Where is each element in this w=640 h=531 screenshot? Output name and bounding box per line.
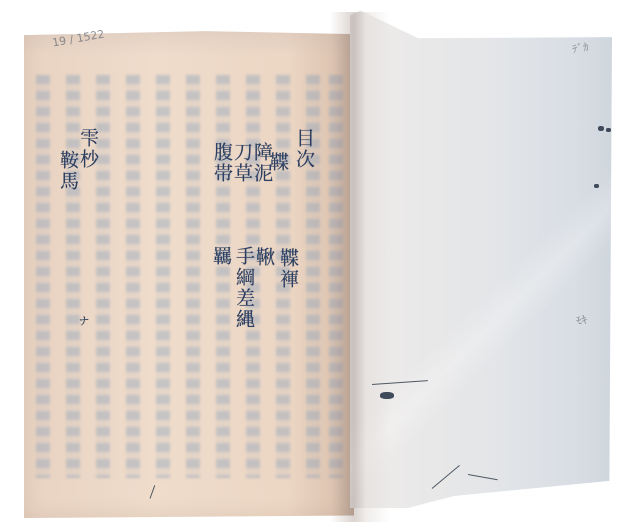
toc-heading: 目次 (294, 128, 313, 170)
bleed-through-column (329, 75, 343, 478)
pencil-mark: ﾃﾞｶ (571, 39, 590, 58)
ink-stain (380, 392, 394, 399)
ink-stain (594, 184, 599, 188)
toc-entry: 腹帯 (212, 142, 231, 184)
ink-stain (606, 128, 611, 132)
bleed-through-column (126, 75, 140, 478)
side-entry: 雫杪 (78, 128, 97, 170)
toc-entry: 羈 (211, 246, 230, 267)
toc-entry: 鞢褌 (278, 248, 297, 290)
toc-entry: 障泥 (252, 142, 271, 184)
bleed-through-column (36, 75, 50, 478)
bleed-through-column (186, 75, 200, 478)
side-entry: 鞍馬 (58, 150, 77, 192)
toc-entry: 刀草 (232, 142, 251, 184)
bleed-through-column (216, 75, 230, 478)
toc-entry: 鞦 (254, 247, 273, 268)
left-page (24, 15, 354, 518)
small-mark: ナ (78, 315, 89, 328)
manuscript-photo: 19 / 1522 ﾃﾞｶ ﾓｷ 目次 鞢 障泥 刀草 腹帯 鞢褌 鞦 手綱差縄… (0, 0, 640, 531)
right-page (350, 8, 612, 511)
bleed-through-column (156, 75, 170, 478)
ink-stain (598, 126, 604, 131)
toc-entry: 手綱差縄 (234, 246, 253, 330)
